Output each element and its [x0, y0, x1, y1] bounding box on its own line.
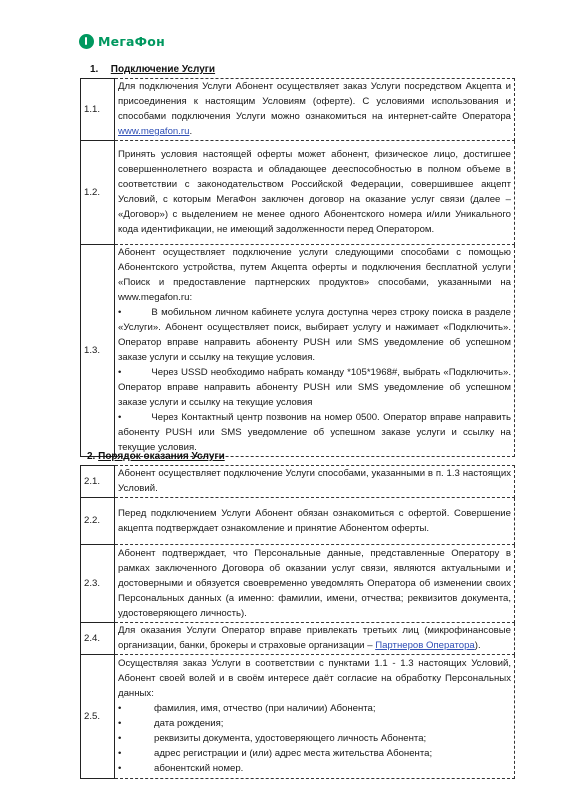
clause-text: Принять условия настоящей оферты может а…: [115, 141, 515, 245]
bullet-icon: •: [118, 412, 121, 423]
bullet-item: •Через Контактный центр позвонив на номе…: [118, 410, 511, 455]
megafon-logo-icon: [79, 34, 94, 49]
clause-number: 1.2.: [81, 141, 115, 245]
clause-row: 1.2. Принять условия настоящей оферты мо…: [81, 141, 515, 245]
section-1-table: 1.1. Для подключения Услуги Абонент осущ…: [80, 78, 515, 457]
bullet-item: •адрес регистрации и (или) адрес места ж…: [118, 746, 511, 761]
bullet-icon: •: [118, 307, 121, 318]
clause-text: Для подключения Услуги Абонент осуществл…: [115, 79, 515, 141]
clause-number: 2.4.: [81, 623, 115, 655]
clause-row: 2.2. Перед подключением Услуги Абонент о…: [81, 498, 515, 545]
bullet-item: •В мобильном личном кабинете услуга дост…: [118, 305, 511, 365]
bullet-icon: •: [118, 731, 154, 746]
bullet-item: •Через USSD необходимо набрать команду *…: [118, 365, 511, 410]
section-1-title: 1. Подключение Услуги: [90, 64, 215, 75]
bullet-icon: •: [118, 761, 154, 776]
clause-number: 1.1.: [81, 79, 115, 141]
clause-row: 2.4. Для оказания Услуги Оператор вправе…: [81, 623, 515, 655]
clause-row: 1.1. Для подключения Услуги Абонент осущ…: [81, 79, 515, 141]
clause-row: 2.1. Абонент осуществляет подключение Ус…: [81, 466, 515, 498]
bullet-icon: •: [118, 746, 154, 761]
bullet-icon: •: [118, 716, 154, 731]
clause-number: 2.2.: [81, 498, 115, 545]
section-2-title-text: Порядок оказания Услуги: [98, 451, 225, 462]
clause-text: Абонент осуществляет подключение услуги …: [115, 245, 515, 457]
clause-number: 2.5.: [81, 655, 115, 779]
clause-number: 2.3.: [81, 545, 115, 623]
clause-row: 2.3. Абонент подтверждает, что Персональ…: [81, 545, 515, 623]
bullet-item: •реквизиты документа, удостоверяющего ли…: [118, 731, 511, 746]
bullet-icon: •: [118, 701, 154, 716]
clause-number: 1.3.: [81, 245, 115, 457]
clause-row: 1.3. Абонент осуществляет подключение ус…: [81, 245, 515, 457]
clause-text: Для оказания Услуги Оператор вправе прив…: [115, 623, 515, 655]
logo-text: МегаФон: [98, 34, 165, 49]
clause-text: Абонент осуществляет подключение Услуги …: [115, 466, 515, 498]
megafon-logo: МегаФон: [79, 34, 165, 49]
bullet-item: •дата рождения;: [118, 716, 511, 731]
bullet-item: •абонентский номер.: [118, 761, 511, 776]
megafon-site-link[interactable]: www.megafon.ru: [118, 126, 189, 137]
clause-row: 2.5. Осуществляя заказ Услуги в соответс…: [81, 655, 515, 779]
section-1-title-text: Подключение Услуги: [111, 64, 215, 75]
section-2-table: 2.1. Абонент осуществляет подключение Ус…: [80, 465, 515, 779]
bullet-item: •фамилия, имя, отчество (при наличии) Аб…: [118, 701, 511, 716]
clause-number: 2.1.: [81, 466, 115, 498]
clause-text: Перед подключением Услуги Абонент обязан…: [115, 498, 515, 545]
clause-text: Абонент подтверждает, что Персональные д…: [115, 545, 515, 623]
bullet-icon: •: [118, 367, 121, 378]
section-2-title: 2. Порядок оказания Услуги: [87, 451, 225, 462]
operator-partners-link[interactable]: Партнеров Оператора: [375, 640, 475, 651]
clause-text: Осуществляя заказ Услуги в соответствии …: [115, 655, 515, 779]
